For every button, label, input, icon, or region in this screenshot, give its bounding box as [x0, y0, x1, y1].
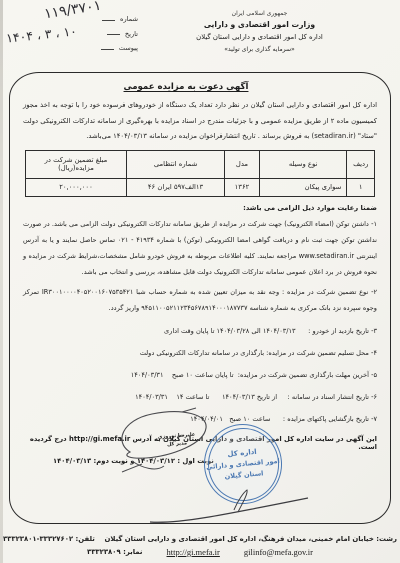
scan-edge-artifact: [0, 0, 3, 563]
ministry-name: وزارت امور اقتصادی و دارایی: [147, 20, 372, 29]
slogan: «سرمایه گذاری برای تولید»: [147, 46, 372, 53]
mandatory-notice: ضمنا رعایت موارد ذیل الزامی می باشد:: [23, 204, 377, 212]
country-name: جمهوری اسلامی ایران: [147, 10, 372, 17]
footer-fax-label: نمابر:: [123, 548, 142, 556]
meta-attachment-row: پیوست: [30, 44, 138, 52]
footer-fax-value: ۳۳۳۲۳۸۰۹: [87, 548, 121, 556]
condition-item-2: ۲- نوع تضمین شرکت در مزایده : وجه نقد به…: [23, 284, 377, 316]
stamp-line-office: اداره کل: [227, 448, 257, 459]
footer-address-line: رشت: خیابان امام خمینی، میدان فرهنگ، ادا…: [0, 535, 400, 543]
footer-contact-line: gilinfo@mefa.gov.ir http://gi.mefa.ir نم…: [0, 547, 400, 557]
footer-email: gilinfo@mefa.gov.ir: [244, 547, 313, 557]
pen-stroke-icon: [148, 488, 313, 528]
table-row: ۱ سواری پیکان ۱۳۶۲ ۱۳الف۵۹۷ ایران ۴۶ ۲۰,…: [25, 178, 374, 196]
footer-url: http://gi.mefa.ir: [167, 547, 220, 557]
condition-item-6: ۶- تاریخ انتشار اسناد در سامانه : از تار…: [23, 391, 377, 404]
footer-phone-label: تلفن:: [76, 535, 95, 543]
footer-phone-value: ۳۳۳۲۳۸۰۱-۳۳۳۲۷۶۰۲: [3, 535, 73, 543]
stamp-line-ministry: امور اقتصادی و دارائی: [206, 457, 280, 471]
footer-address: رشت: خیابان امام خمینی، میدان فرهنگ، ادا…: [104, 535, 397, 543]
cell-model: ۱۳۶۲: [224, 178, 259, 196]
number-label: شماره: [120, 15, 138, 23]
cell-row-number: ۱: [347, 178, 375, 196]
footer-fax: نمابر: ۳۳۳۲۳۸۰۹: [87, 548, 143, 556]
col-header-vehicle-type: نوع وسیله: [259, 150, 346, 178]
condition-item-3: ۳- تاریخ بازدید از خودرو : ۱۴۰۴/۰۳/۱۳ ال…: [23, 325, 377, 338]
department-name: اداره کل امور اقتصادی و دارایی استان گیل…: [147, 33, 372, 41]
table-header-row: ردیف نوع وسیله مدل شماره انتظامی مبلغ تض…: [25, 150, 374, 178]
condition-item-5: ۵- آخرین مهلت بارگذاری تضمین شرکت در مزا…: [23, 369, 377, 382]
col-header-model: مدل: [224, 150, 259, 178]
attachment-dash: [101, 49, 114, 50]
signer-name-title: علیرضا نوروزی مدیر کل: [158, 431, 197, 450]
stamp-line-province: استان گیلان: [224, 469, 264, 480]
date-label: تاریخ: [125, 30, 138, 38]
condition-item-1: ۱- داشتن توکن (امضاء الکترونیک) جهت شرکت…: [23, 216, 377, 280]
col-header-deposit-amount: مبلغ تضمین شرکت در مزایده(ریال): [25, 150, 126, 178]
attachment-label: پیوست: [119, 44, 138, 52]
date-dash: [107, 34, 120, 35]
footer: رشت: خیابان امام خمینی، میدان فرهنگ، ادا…: [0, 535, 400, 557]
page-title: آگهی دعوت به مزایده عمومی: [9, 82, 363, 92]
letterhead: جمهوری اسلامی ایران وزارت امور اقتصادی و…: [147, 10, 372, 53]
intro-paragraph: اداره کل امور اقتصادی و دارایی استان گیل…: [23, 98, 377, 145]
col-header-row-number: ردیف: [347, 150, 375, 178]
number-dash: [102, 20, 115, 21]
scanned-letter-page: جمهوری اسلامی ایران وزارت امور اقتصادی و…: [0, 0, 400, 563]
cell-vehicle-type: سواری پیکان: [259, 178, 346, 196]
vehicle-table: ردیف نوع وسیله مدل شماره انتظامی مبلغ تض…: [25, 150, 375, 197]
cell-deposit-amount: ۲۰,۰۰۰,۰۰۰: [25, 178, 126, 196]
condition-item-4: ۴- محل تسلیم تضمین شرکت در مزایده: بارگذ…: [23, 347, 377, 360]
cell-plate-number: ۱۳الف۵۹۷ ایران ۴۶: [127, 178, 225, 196]
col-header-plate-number: شماره انتظامی: [127, 150, 225, 178]
